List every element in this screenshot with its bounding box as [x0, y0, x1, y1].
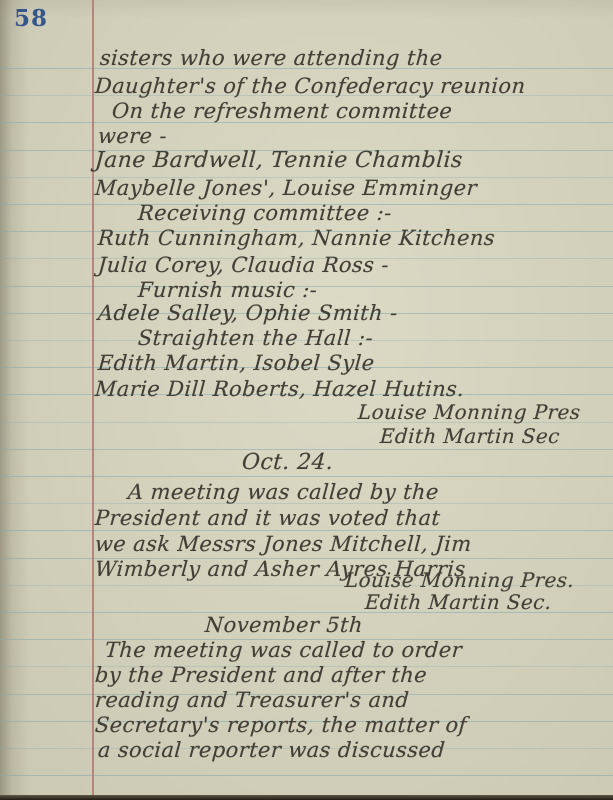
page-bottom-edge: [0, 795, 613, 800]
handwriting-line: Edith Martin, Isobel Syle: [97, 351, 375, 375]
handwriting-line: Maybelle Jones', Louise Emminger: [94, 176, 478, 200]
handwriting-line: Marie Dill Roberts, Hazel Hutins.: [94, 377, 465, 401]
handwriting-line: we ask Messrs Jones Mitchell, Jim: [94, 532, 472, 556]
handwriting-line: Edith Martin Sec.: [364, 590, 552, 614]
handwriting-line: November 5th: [204, 613, 364, 637]
handwriting-layer: sisters who were attending theDaughter's…: [0, 0, 613, 800]
handwriting-line: Ruth Cunningham, Nannie Kitchens: [97, 226, 496, 250]
handwriting-line: Daughter's of the Confederacy reunion: [94, 74, 526, 98]
handwriting-line: Julia Corey, Claudia Ross -: [97, 253, 390, 277]
handwriting-line: Secretary's reports, the matter of: [94, 713, 468, 737]
handwriting-line: sisters who were attending the: [99, 46, 443, 70]
handwriting-line: Edith Martin Sec: [379, 424, 561, 448]
handwriting-line: Louise Monning Pres: [357, 400, 581, 424]
handwriting-line: by the President and after the: [94, 663, 428, 687]
ledger-page: 58 sisters who were attending theDaughte…: [0, 0, 613, 800]
handwriting-line: Louise Monning Pres.: [344, 568, 575, 592]
handwriting-line: A meeting was called by the: [127, 480, 439, 504]
handwriting-line: Straighten the Hall :-: [137, 326, 374, 350]
handwriting-line: Jane Bardwell, Tennie Chamblis: [94, 148, 463, 173]
handwriting-line: The meeting was called to order: [104, 638, 463, 662]
handwriting-line: a social reporter was discussed: [97, 738, 446, 762]
handwriting-line: Furnish music :-: [137, 278, 318, 302]
handwriting-line: President and it was voted that: [94, 506, 441, 530]
handwriting-line: Adele Salley, Ophie Smith -: [97, 301, 398, 325]
handwriting-line: Receiving committee :-: [137, 201, 392, 225]
handwriting-line: On the refreshment committee: [111, 99, 453, 123]
handwriting-line: Oct. 24.: [241, 450, 334, 475]
handwriting-line: were -: [97, 124, 168, 148]
handwriting-line: reading and Treasurer's and: [94, 688, 410, 712]
